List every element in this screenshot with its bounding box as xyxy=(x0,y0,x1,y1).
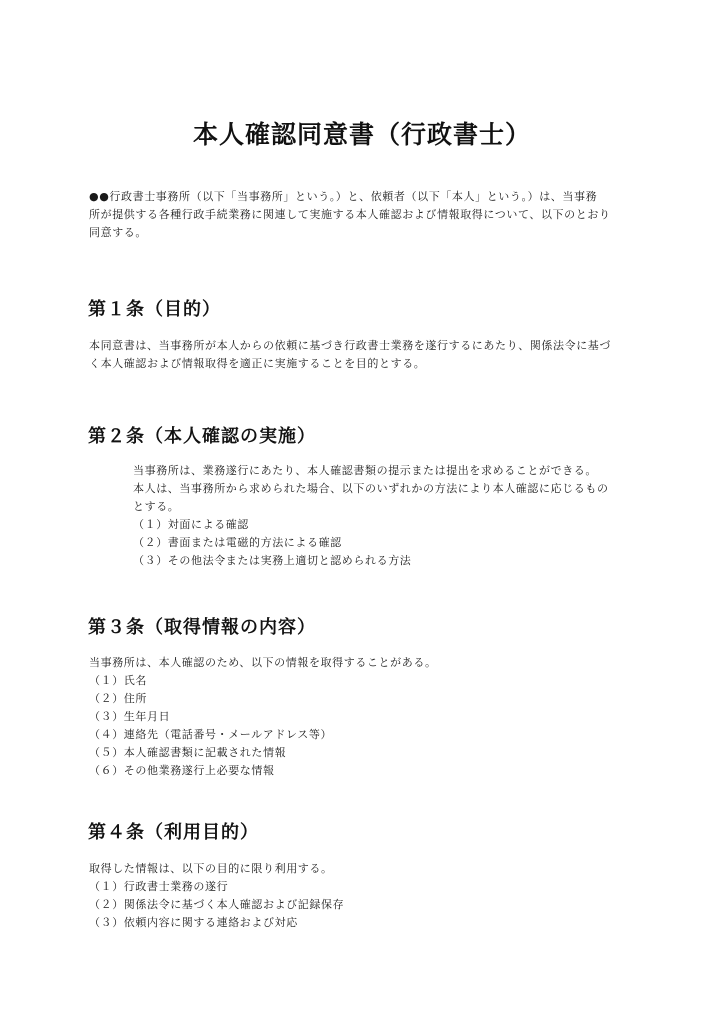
list-item: （１）氏名 xyxy=(89,672,659,690)
list-item: （１）対面による確認 xyxy=(133,516,653,534)
article-2-list: （１）対面による確認 （２）書面または電磁的方法による確認 （３）その他法令また… xyxy=(133,516,653,570)
article-3-list: （１）氏名 （２）住所 （３）生年月日 （４）連絡先（電話番号・メールアドレス等… xyxy=(89,672,659,780)
article-1-heading: 第１条（目的） xyxy=(88,298,221,322)
article-1-line: く本人確認および情報取得を適正に実施することを目的とする。 xyxy=(89,355,659,373)
article-4-list: （１）行政書士業務の遂行 （２）関係法令に基づく本人確認および記録保存 （３）依… xyxy=(89,878,659,932)
list-item: （２）関係法令に基づく本人確認および記録保存 xyxy=(89,896,659,914)
article-3-line: 当事務所は、本人確認のため、以下の情報を取得することがある。 xyxy=(89,654,659,672)
document-title: 本人確認同意書（行政書士） xyxy=(0,118,724,152)
intro-paragraph: ●●行政書士事務所（以下「当事務所」という。）と、依頼者（以下「本人」という。）… xyxy=(89,188,649,242)
article-1-line: 本同意書は、当事務所が本人からの依頼に基づき行政書士業務を遂行するにあたり、関係… xyxy=(89,337,659,355)
list-item: （３）生年月日 xyxy=(89,708,659,726)
list-item: （５）本人確認書類に記載された情報 xyxy=(89,744,659,762)
article-2-line: 本人は、当事務所から求められた場合、以下のいずれかの方法により本人確認に応じるも… xyxy=(133,480,653,498)
article-1-body: 本同意書は、当事務所が本人からの依頼に基づき行政書士業務を遂行するにあたり、関係… xyxy=(89,337,659,373)
article-4-body: 取得した情報は、以下の目的に限り利用する。 （１）行政書士業務の遂行 （２）関係… xyxy=(89,860,659,932)
document-page: 本人確認同意書（行政書士） ●●行政書士事務所（以下「当事務所」という。）と、依… xyxy=(0,0,724,1024)
article-2-body: 当事務所は、業務遂行にあたり、本人確認書類の提示または提出を求めることができる。… xyxy=(133,462,653,570)
list-item: （３）その他法令または実務上適切と認められる方法 xyxy=(133,552,653,570)
article-4-line: 取得した情報は、以下の目的に限り利用する。 xyxy=(89,860,659,878)
list-item: （２）住所 xyxy=(89,690,659,708)
article-3-heading: 第３条（取得情報の内容） xyxy=(88,616,316,640)
article-2-line: 当事務所は、業務遂行にあたり、本人確認書類の提示または提出を求めることができる。 xyxy=(133,462,653,480)
article-2-heading: 第２条（本人確認の実施） xyxy=(88,425,316,449)
article-3-body: 当事務所は、本人確認のため、以下の情報を取得することがある。 （１）氏名 （２）… xyxy=(89,654,659,780)
list-item: （３）依頼内容に関する連絡および対応 xyxy=(89,914,659,932)
list-item: （４）連絡先（電話番号・メールアドレス等） xyxy=(89,726,659,744)
article-4-heading: 第４条（利用目的） xyxy=(88,821,259,845)
list-item: （２）書面または電磁的方法による確認 xyxy=(133,534,653,552)
list-item: （６）その他業務遂行上必要な情報 xyxy=(89,762,659,780)
article-2-line: とする。 xyxy=(133,498,653,516)
list-item: （１）行政書士業務の遂行 xyxy=(89,878,659,896)
intro-line: 同意する。 xyxy=(89,224,649,242)
intro-line: 所が提供する各種行政手続業務に関連して実施する本人確認および情報取得について、以… xyxy=(89,206,649,224)
intro-line: ●●行政書士事務所（以下「当事務所」という。）と、依頼者（以下「本人」という。）… xyxy=(89,188,649,206)
